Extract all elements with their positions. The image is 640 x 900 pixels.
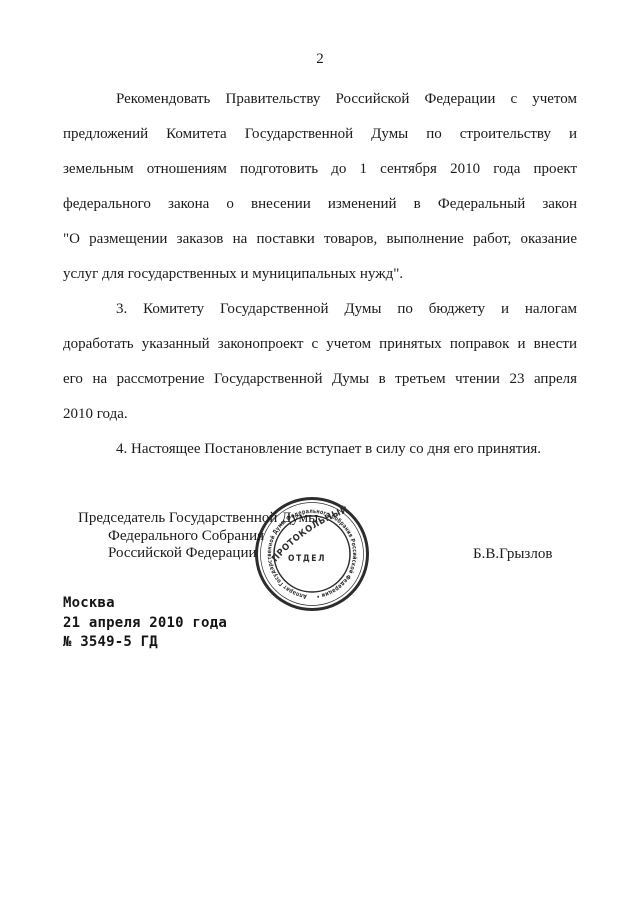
paragraph-line: 3. Комитету Государственной Думы по бюдж… — [63, 292, 577, 327]
issue-info-block: Москва 21 апреля 2010 года № 3549-5 ГД — [63, 594, 227, 653]
paragraph-line: "О размещении заказов на поставки товаро… — [63, 222, 577, 257]
paragraph-line: предложений Комитета Государственной Дум… — [63, 117, 577, 152]
paragraph-line: Рекомендовать Правительству Российской Ф… — [63, 82, 577, 117]
protocol-department-stamp-icon: Аппарат Государственной Думы Федеральног… — [247, 489, 377, 619]
stamp-center-line2: ОТДЕЛ — [288, 554, 326, 564]
issue-city: Москва — [63, 594, 227, 614]
paragraph-line: 4. Настоящее Постановление вступает в си… — [63, 432, 577, 467]
signer-name: Б.В.Грызлов — [473, 546, 552, 563]
paragraph-line: федерального закона о внесении изменений… — [63, 187, 577, 222]
paragraph-line: земельным отношениям подготовить до 1 се… — [63, 152, 577, 187]
paragraph-line: 2010 года. — [63, 397, 577, 432]
document-page: 2 Рекомендовать Правительству Российской… — [0, 0, 640, 900]
issue-number: № 3549-5 ГД — [63, 633, 227, 653]
document-body: Рекомендовать Правительству Российской Ф… — [63, 82, 577, 467]
paragraph-line: доработать указанный законопроект с учет… — [63, 327, 577, 362]
page-number: 2 — [0, 51, 640, 68]
paragraph-line: услуг для государственных и муниципальны… — [63, 257, 577, 292]
issue-date: 21 апреля 2010 года — [63, 614, 227, 634]
paragraph-line: его на рассмотрение Государственной Думы… — [63, 362, 577, 397]
